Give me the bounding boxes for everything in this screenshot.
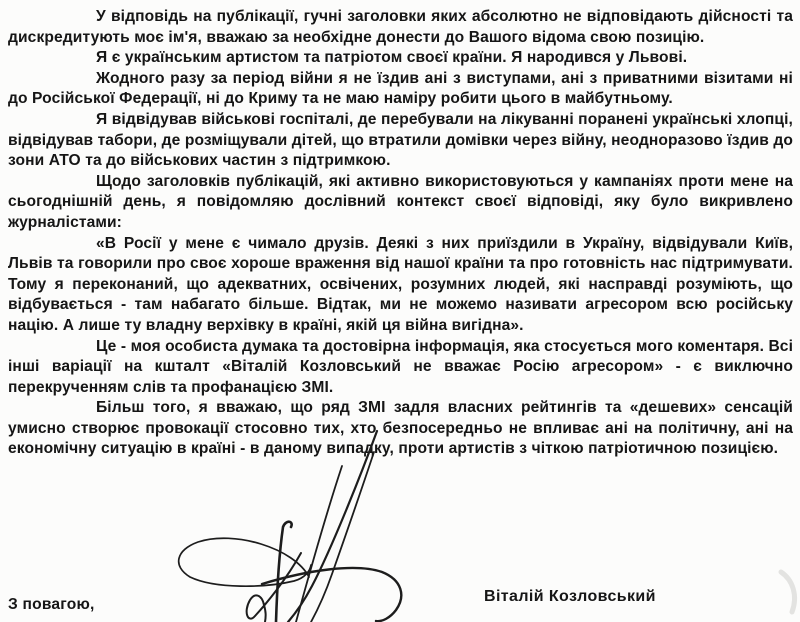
signature-vertical-stroke <box>276 522 292 622</box>
paragraph-personal-opinion: Це - моя особиста думака та достовірна і… <box>8 337 793 399</box>
closing-salutation: З повагою, <box>8 596 95 614</box>
letter-body: У відповідь на публікації, гучні заголов… <box>8 7 793 460</box>
scanned-letter-page: У відповідь на публікації, гучні заголов… <box>0 0 800 622</box>
signer-name: Віталій Козловський <box>484 588 656 606</box>
paragraph-hospitals: Я відвідував військові госпіталі, де пер… <box>8 110 793 172</box>
signature-twin-slash-stroke <box>311 452 374 622</box>
signature-small-loop-stroke <box>247 553 301 622</box>
paragraph-no-visits: Жодного разу за період війни я не їздив … <box>8 69 793 110</box>
paragraph-artist-patriot: Я є українським артистом та патріотом св… <box>8 48 793 69</box>
signature-big-right-loop-stroke <box>262 568 401 621</box>
paragraph-intro: У відповідь на публікації, гучні заголов… <box>8 7 793 48</box>
signature-rising-cross-stroke <box>296 466 342 622</box>
paragraph-media-provocations: Більш того, я вважаю, що ряд ЗМІ задля в… <box>8 398 793 460</box>
paragraph-headlines: Щодо заголовків публікацій, які активно … <box>8 172 793 234</box>
signature-left-oval-stroke <box>179 538 311 586</box>
paragraph-quote: «В Росії у мене є чимало друзів. Деякі з… <box>8 234 793 337</box>
scan-smudge <box>781 572 795 612</box>
